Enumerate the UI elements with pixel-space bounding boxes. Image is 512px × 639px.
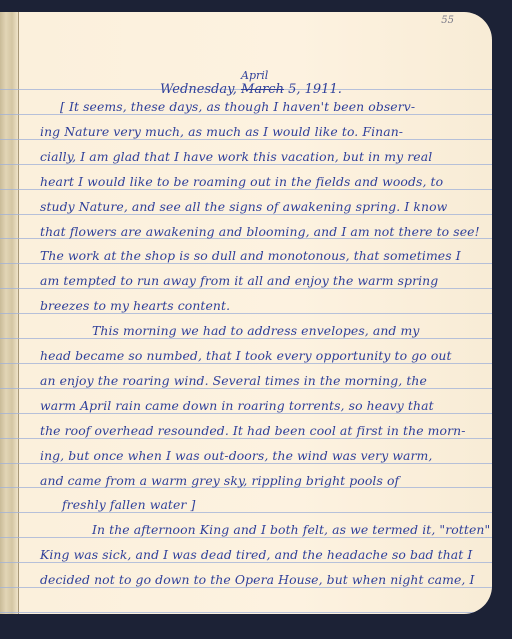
date-struck-month: MarchApril	[241, 82, 284, 97]
page-number: 55	[441, 15, 454, 26]
entry-date: Wednesday, MarchApril 5, 1911.	[160, 82, 342, 97]
handwritten-line: breezes to my hearts content.	[40, 297, 464, 315]
handwritten-line: decided not to go down to the Opera Hous…	[40, 571, 464, 589]
handwritten-line: that flowers are awakening and blooming,…	[40, 223, 464, 241]
date-weekday: Wednesday,	[160, 82, 237, 97]
date-corrected-month: April	[241, 69, 268, 82]
handwritten-line: King was sick, and I was dead tired, and…	[40, 546, 464, 564]
date-day-year: 5, 1911.	[284, 82, 342, 97]
handwritten-line: [ It seems, these days, as though I have…	[60, 98, 464, 116]
handwritten-line: The work at the shop is so dull and mono…	[40, 247, 464, 265]
handwritten-line: head became so numbed, that I took every…	[40, 347, 464, 365]
handwritten-line: freshly fallen water ]	[62, 496, 464, 514]
ruled-line	[0, 612, 492, 613]
handwritten-line: study Nature, and see all the signs of a…	[40, 198, 464, 216]
handwritten-line: cially, I am glad that I have work this …	[40, 148, 464, 166]
handwritten-line: In the afternoon King and I both felt, a…	[92, 521, 464, 539]
notebook-page: 55 Wednesday, MarchApril 5, 1911. [ It s…	[0, 12, 492, 614]
handwritten-line: the roof overhead resounded. It had been…	[40, 422, 464, 440]
handwritten-line: am tempted to run away from it all and e…	[40, 272, 464, 290]
handwritten-line: This morning we had to address envelopes…	[92, 322, 464, 340]
handwritten-line: warm April rain came down in roaring tor…	[40, 397, 464, 415]
handwritten-line: ing Nature very much, as much as I would…	[40, 123, 464, 141]
handwritten-line: and came from a warm grey sky, rippling …	[40, 472, 464, 490]
handwritten-line: ing, but once when I was out-doors, the …	[40, 447, 464, 465]
handwritten-line: heart I would like to be roaming out in …	[40, 173, 464, 191]
handwritten-line: an enjoy the roaring wind. Several times…	[40, 372, 464, 390]
